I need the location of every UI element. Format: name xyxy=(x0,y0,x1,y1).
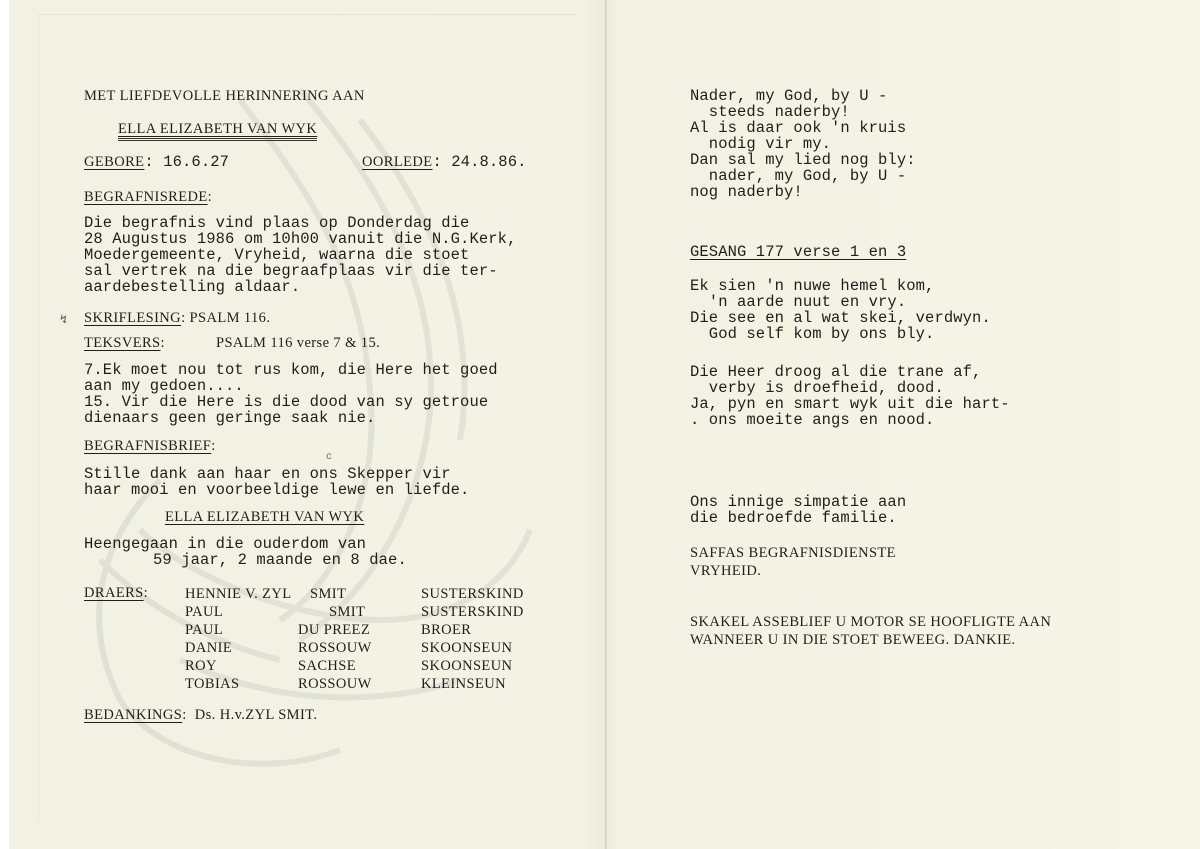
colon: : xyxy=(182,707,194,723)
bearer-last: ROSSOUW xyxy=(298,639,372,657)
thanks-label: BEDANKINGS xyxy=(84,707,182,723)
letter-heading: BEGRAFNISBRIEF: xyxy=(84,438,216,454)
scripture-value: PSALM 116. xyxy=(190,310,271,326)
letter-heading-text: BEGRAFNISBRIEF xyxy=(84,438,211,454)
bearers-label: DRAERS xyxy=(84,585,144,601)
colon: : xyxy=(144,585,148,601)
age-line: 59 jaar, 2 maande en 8 dae. xyxy=(153,552,407,568)
hymn1-line: nog naderby! xyxy=(690,184,803,200)
sympathy-line: die bedroefde familie. xyxy=(690,510,897,526)
bearer-first: TOBIAS xyxy=(185,675,292,693)
bearers-relations: SUSTERSKIND SUSTERSKIND BROER SKOONSEUN … xyxy=(421,585,524,693)
verse-line: 7.Ek moet nou tot rus kom, die Here het … xyxy=(84,362,498,378)
hymn1-line: Dan sal my lied nog bly: xyxy=(690,152,916,168)
hymn1-line: nodig vir my. xyxy=(690,136,831,152)
bearer-first: PAUL xyxy=(185,621,292,639)
hymn2-line: 'n aarde nuut en vry. xyxy=(690,294,906,310)
colon: : xyxy=(432,153,451,171)
bearer-relation: SKOONSEUN xyxy=(421,657,524,675)
died-value: 24.8.86. xyxy=(451,153,526,171)
right-page: Nader, my God, by U - steeds naderby! Al… xyxy=(607,0,1200,849)
pen-tick-mark: ↯ xyxy=(60,312,67,327)
thanks-line: BEDANKINGS: Ds. H.v.ZYL SMIT. xyxy=(84,707,317,723)
hymn2-line: Die see en al wat skei, verdwyn. xyxy=(690,310,991,326)
thanks-value: Ds. H.v.ZYL SMIT. xyxy=(195,707,318,723)
colon: : xyxy=(208,189,212,205)
letter-line: Stille dank aan haar en ons Skepper vir xyxy=(84,466,451,482)
bearer-first: ROY xyxy=(185,657,292,675)
hymn1-line: Nader, my God, by U - xyxy=(690,88,887,104)
funeral-line: aardebestelling aldaar. xyxy=(84,279,300,295)
bearers-surnames: SMIT SMIT DU PREEZ ROSSOUW SACHSE ROSSOU… xyxy=(298,585,372,693)
bearer-first: PAUL xyxy=(185,603,292,621)
verse-line: 15. Vir die Here is die dood van sy getr… xyxy=(84,394,488,410)
hymn2-line: verby is droefheid, dood. xyxy=(690,380,944,396)
hymn2-heading-text: GESANG 177 verse 1 en 3 xyxy=(690,243,906,261)
bearer-relation: SUSTERSKIND xyxy=(421,603,524,621)
born-value: 16.6.27 xyxy=(163,153,229,171)
scripture-label: SKRIFLESING xyxy=(84,310,181,326)
birth-line: GEBORE: 16.6.27 xyxy=(84,154,229,170)
hymn2-line: God self kom by ons bly. xyxy=(690,326,934,342)
bearer-first: HENNIE V. ZYL xyxy=(185,585,292,603)
undertaker-line: VRYHEID. xyxy=(690,563,761,579)
scripture-line: SKRIFLESING: PSALM 116. xyxy=(84,310,270,326)
text-verse-value: PSALM 116 verse 7 & 15. xyxy=(216,335,380,351)
colon: : xyxy=(181,310,189,326)
hymn2-heading: GESANG 177 verse 1 en 3 xyxy=(690,244,906,260)
funeral-line: Moedergemeente, Vryheid, waarna die stoe… xyxy=(84,247,469,263)
hymn1-line: nader, my God, by U - xyxy=(690,168,906,184)
bearer-relation: BROER xyxy=(421,621,524,639)
funeral-line: 28 Augustus 1986 om 10h00 vanuit die N.G… xyxy=(84,231,516,247)
left-page: MET LIEFDEVOLLE HERINNERING AAN ELLA ELI… xyxy=(0,0,605,849)
headlights-notice: WANNEER U IN DIE STOET BEWEEG. DANKIE. xyxy=(690,632,1016,648)
verse-line: dienaars geen geringe saak nie. xyxy=(84,410,375,426)
letter-line: haar mooi en voorbeeldige lewe en liefde… xyxy=(84,482,469,498)
verse-line: aan my gedoen.... xyxy=(84,378,244,394)
bearer-last: SMIT xyxy=(298,585,372,603)
bearer-last: ROSSOUW xyxy=(298,675,372,693)
headlights-notice: SKAKEL ASSEBLIEF U MOTOR SE HOOFLIGTE AA… xyxy=(690,614,1051,630)
funeral-heading: BEGRAFNISREDE: xyxy=(84,189,212,205)
bearer-last: DU PREEZ xyxy=(298,621,372,639)
age-line: Heengegaan in die ouderdom van xyxy=(84,536,366,552)
hymn2-line: . ons moeite angs en nood. xyxy=(690,412,934,428)
hymn1-line: steeds naderby! xyxy=(690,104,850,120)
colon: : xyxy=(161,335,165,351)
colon: : xyxy=(211,438,215,454)
hymn1-line: Al is daar ook 'n kruis xyxy=(690,120,906,136)
bearer-relation: SUSTERSKIND xyxy=(421,585,524,603)
text-verse-label: TEKSVERS xyxy=(84,335,161,351)
undertaker-line: SAFFAS BEGRAFNISDIENSTE xyxy=(690,545,896,561)
funeral-line: Die begrafnis vind plaas op Donderdag di… xyxy=(84,215,469,231)
bearers-first-names: HENNIE V. ZYL PAUL PAUL DANIE ROY TOBIAS xyxy=(185,585,292,693)
sympathy-line: Ons innige simpatie aan xyxy=(690,494,906,510)
bearer-relation: SKOONSEUN xyxy=(421,639,524,657)
bearer-last: SACHSE xyxy=(298,657,372,675)
bearers-heading: DRAERS: xyxy=(84,585,148,601)
bearer-last: SMIT xyxy=(298,603,372,621)
death-line: OORLEDE: 24.8.86. xyxy=(362,154,527,170)
deceased-name-text: ELLA ELIZABETH VAN WYK xyxy=(118,121,317,141)
letter-name: ELLA ELIZABETH VAN WYK xyxy=(165,509,364,525)
bearer-relation: KLEINSEUN xyxy=(421,675,524,693)
funeral-heading-text: BEGRAFNISREDE xyxy=(84,189,208,205)
deceased-name: ELLA ELIZABETH VAN WYK xyxy=(118,121,317,137)
born-label: GEBORE xyxy=(84,154,144,170)
hymn2-line: Ek sien 'n nuwe hemel kom, xyxy=(690,278,934,294)
hymn2-line: Die Heer droog al die trane af, xyxy=(690,364,981,380)
colon: : xyxy=(144,153,163,171)
intro-heading: MET LIEFDEVOLLE HERINNERING AAN xyxy=(84,88,365,104)
died-label: OORLEDE xyxy=(362,154,432,170)
bearer-first: DANIE xyxy=(185,639,292,657)
letter-name-text: ELLA ELIZABETH VAN WYK xyxy=(165,509,364,525)
pencil-mark: c xyxy=(326,452,332,463)
funeral-line: sal vertrek na die begraafplaas vir die … xyxy=(84,263,498,279)
hymn2-line: Ja, pyn en smart wyk uit die hart- xyxy=(690,396,1010,412)
text-verse-line: TEKSVERS: xyxy=(84,335,165,351)
